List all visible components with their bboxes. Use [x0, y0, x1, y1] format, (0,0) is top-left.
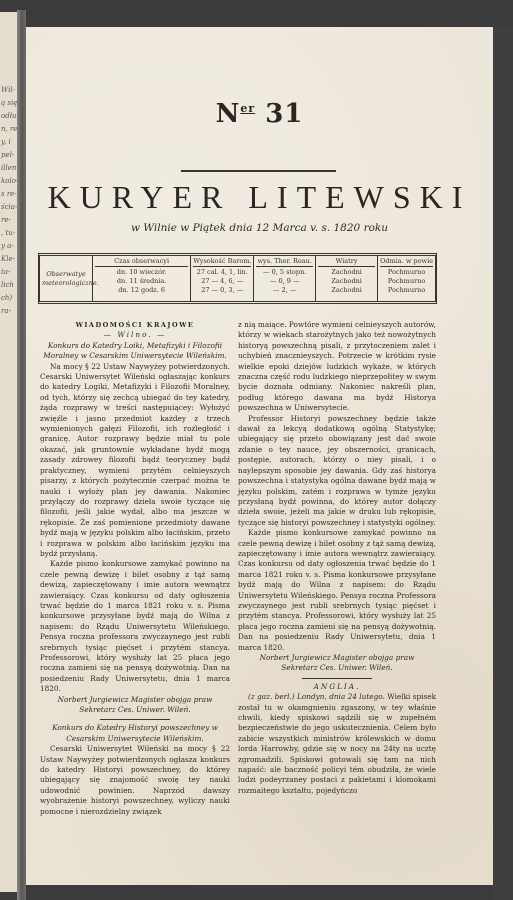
- met-header: Czas obserwacyi: [95, 257, 188, 267]
- met-cell: Pochmurno: [380, 277, 433, 286]
- article-paragraph: z nią maiące. Powtóre wymieni celnieyszy…: [238, 320, 436, 414]
- article-divider: [100, 719, 170, 720]
- meteorology-label: Obserwatye meteorologiczne.: [40, 256, 93, 301]
- article-heading: Konkurs do Katedry Historyi powszechney …: [40, 723, 230, 744]
- masthead-rule: [181, 170, 336, 172]
- adjacent-page-fragment: , tu-: [1, 230, 15, 237]
- met-col-barometer: Wysokość Barom. 27 cal. 4, 1, lin. 27 — …: [191, 256, 254, 301]
- met-cell: Zachodni: [318, 277, 375, 286]
- met-cell: dn. 10 wieczór.: [95, 268, 188, 277]
- adjacent-page-fragment: y a-: [1, 243, 14, 250]
- met-cell: 27 — 4, 6, —: [193, 277, 251, 286]
- adjacent-page-fragment: illen-: [1, 165, 17, 172]
- scan-background: [493, 27, 513, 900]
- article-paragraph: Na mocy § 22 Ustaw Naywyżey potwierdzony…: [40, 362, 230, 560]
- anglia-paragraph: (z gaz. berl.) Londyn, dnia 24 lutego. W…: [238, 692, 436, 796]
- adjacent-page-strip: Wil-ą sięodługn, re-y, ipel-illen-kolo-s…: [0, 12, 17, 892]
- adjacent-page-fragment: ta-: [1, 269, 10, 276]
- number-prefix: N: [216, 99, 241, 129]
- met-header: Odmia. w powie: [380, 257, 433, 267]
- adjacent-page-fragment: ą się: [1, 100, 17, 107]
- met-cell: Zachodni: [318, 286, 375, 295]
- anglia-dateline: Londyn, dnia 24 lutego.: [297, 692, 385, 701]
- met-cell: Zachodni: [318, 268, 375, 277]
- met-col-time: Czas obserwacyi dn. 10 wieczór. dn. 11 ś…: [93, 256, 191, 301]
- number-superscript: er: [240, 102, 255, 115]
- adjacent-page-fragment: kolo-: [1, 178, 17, 185]
- section-heading: WIADOMOŚCI KRAJOWE: [40, 320, 230, 330]
- met-cell: Pochmurno: [380, 268, 433, 277]
- section-heading-anglia: ANGLIA.: [238, 682, 436, 692]
- meteorology-table: Obserwatye meteorologiczne. Czas obserwa…: [38, 253, 437, 304]
- adjacent-page-fragment: ra-: [1, 308, 11, 315]
- article-paragraph: Każde pismo konkursowe zamykać powinno n…: [40, 559, 230, 694]
- article-paragraph: Professor Historyi powszechney będzie ta…: [238, 414, 436, 528]
- book-gutter: [17, 10, 26, 900]
- adjacent-page-fragment: lich: [1, 282, 14, 289]
- adjacent-page-fragment: s re-: [1, 191, 17, 198]
- newspaper-page: Ner 31 KURYER LITEWSKI w Wilnie w Piątek…: [26, 27, 493, 885]
- dateline: w Wilnie w Piątek dnia 12 Marca v. s. 18…: [26, 222, 493, 234]
- column-left: WIADOMOŚCI KRAJOWE — Wilno. — Konkurs do…: [40, 320, 230, 817]
- number-value: 31: [265, 99, 303, 129]
- met-cell: — 2, —: [256, 286, 313, 295]
- met-header: Wiatry: [318, 257, 375, 267]
- met-cell: 27 cal. 4, 1, lin.: [193, 268, 251, 277]
- met-col-sky: Odmia. w powie Pochmurno Pochmurno Pochm…: [378, 256, 435, 301]
- article-paragraph: Cesarski Uniwersytet Wileński na mocy § …: [40, 744, 230, 817]
- signature: Norbert Jurgiewicz Magister obojga praw: [40, 695, 230, 705]
- adjacent-page-fragment: ch): [1, 295, 12, 302]
- newspaper-title: KURYER LITEWSKI: [26, 179, 493, 216]
- signature-title: Sekretarz Ces. Uniwer. Wileń.: [40, 705, 230, 715]
- met-cell: dn. 12 godz. 6: [95, 286, 188, 295]
- adjacent-page-fragment: n, re-: [1, 126, 17, 133]
- article-paragraph: Każde pismo konkursowe zamykać powinno n…: [238, 528, 436, 653]
- adjacent-page-fragment: ścia-: [1, 204, 17, 211]
- met-cell: 27 — 0, 3, —: [193, 286, 251, 295]
- met-cell: dn. 11 średnia.: [95, 277, 188, 286]
- met-col-winds: Wiatry Zachodni Zachodni Zachodni: [316, 256, 378, 301]
- signature: Norbert Jurgiewicz Magister obojga praw: [238, 653, 436, 663]
- adjacent-page-fragment: y, i: [1, 139, 11, 146]
- anglia-text: Wielki spisek został tu w okamgnieniu zg…: [238, 692, 436, 795]
- article-divider: [302, 678, 372, 679]
- met-cell: — 0, 9 —: [256, 277, 313, 286]
- met-cell: Pochmurno: [380, 286, 433, 295]
- adjacent-page-fragment: Kle-: [1, 256, 15, 263]
- adjacent-page-fragment: re-: [1, 217, 11, 224]
- adjacent-page-fragment: Wil-: [1, 87, 15, 94]
- signature-title: Sekretarz Ces. Uniwer. Wileń.: [238, 663, 436, 673]
- article-heading: Konkurs do Katedry Loiki, Metafizyki i F…: [40, 341, 230, 362]
- source-note: (z gaz. berl.): [248, 692, 295, 701]
- met-col-thermometer: wys. Ther. Reau. — 0, 5 stopn. — 0, 9 — …: [254, 256, 316, 301]
- column-right: z nią maiące. Powtóre wymieni celnieyszy…: [238, 320, 436, 796]
- place-heading: — Wilno. —: [40, 330, 230, 340]
- met-header: wys. Ther. Reau.: [256, 257, 313, 267]
- met-header: Wysokość Barom.: [193, 257, 251, 267]
- met-cell: — 0, 5 stopn.: [256, 268, 313, 277]
- adjacent-page-fragment: pel-: [1, 152, 14, 159]
- adjacent-page-fragment: odług: [1, 113, 17, 120]
- issue-number: Ner 31: [26, 99, 493, 129]
